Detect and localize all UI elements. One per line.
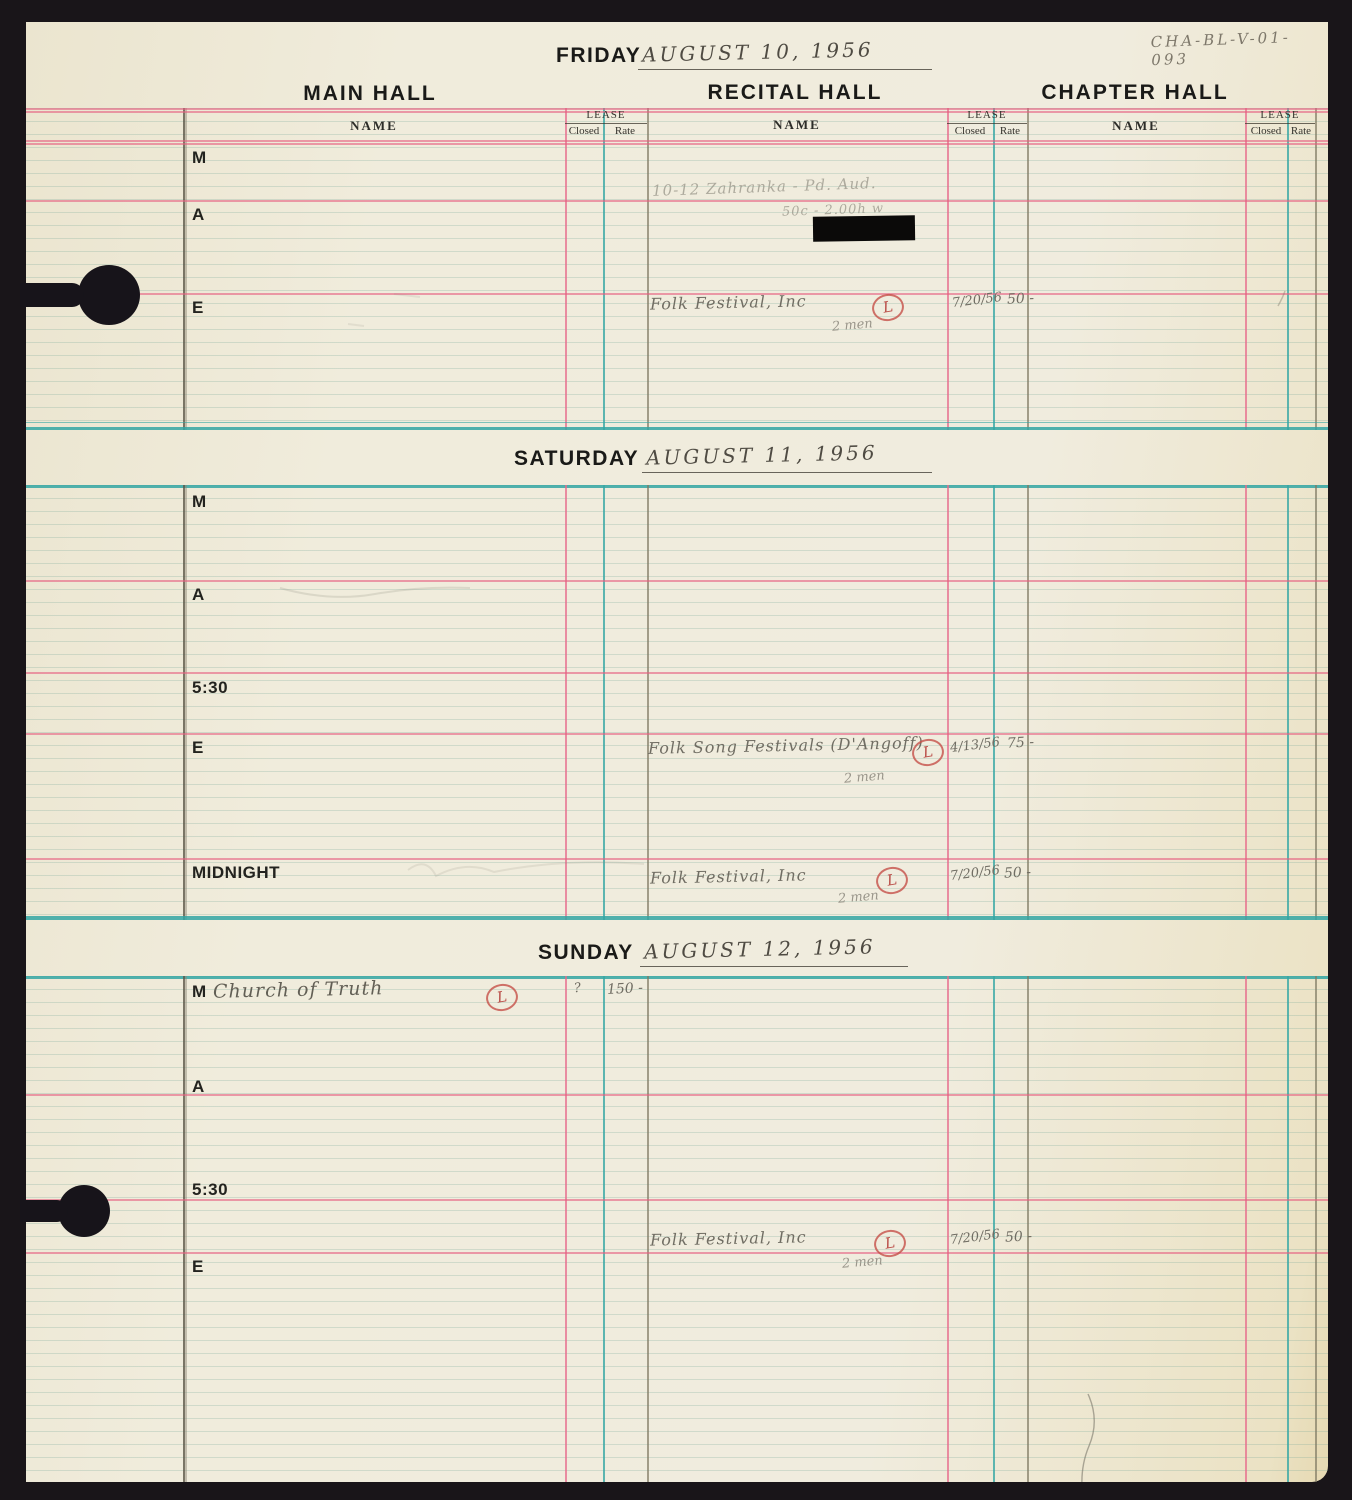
row-label-e: E (192, 298, 204, 318)
archive-code: CHA-BL-V-01-093 (1150, 27, 1328, 69)
row-label-m: M (192, 492, 207, 512)
row-label-m: M (192, 982, 207, 1002)
row-label-a: A (192, 1077, 205, 1097)
rate-label: Rate (603, 124, 647, 137)
lease-header-recital: LEASE Closed Rate (947, 108, 1027, 140)
section-divider (26, 976, 1328, 979)
date-underline (642, 472, 932, 473)
rule-line (26, 200, 1328, 202)
column-line (183, 485, 185, 920)
column-line (947, 108, 949, 430)
section-divider (26, 916, 1328, 920)
column-line (1245, 485, 1247, 920)
rate-label: Rate (1287, 124, 1315, 137)
rule-line (26, 858, 1328, 860)
column-line (603, 485, 605, 920)
column-line (947, 976, 949, 1482)
lease-label: LEASE (1245, 108, 1315, 124)
column-line (603, 976, 605, 1482)
lease-header-chapter: LEASE Closed Rate (1245, 108, 1315, 140)
column-line (647, 485, 649, 920)
rule-line (26, 108, 1328, 110)
column-line (603, 108, 605, 430)
rule-line (26, 580, 1328, 582)
closed-label: Closed (565, 124, 603, 137)
hall-title-chapter: CHAPTER HALL (1035, 81, 1235, 105)
entry-sunday-recital-evening-name: Folk Festival, Inc (650, 1227, 807, 1249)
row-label-e: E (192, 738, 204, 758)
punch-hole-stub (20, 1200, 68, 1222)
scanned-ledger-photo: { "archive_code": "CHA-BL-V-01-093", "ha… (0, 0, 1352, 1500)
rule-line (26, 140, 1328, 142)
date-underline (640, 966, 908, 967)
name-header-chapter: NAME (1027, 118, 1245, 134)
column-line (947, 485, 949, 920)
column-line (183, 108, 185, 430)
entry-sunday-recital-evening-rate: 50 - (1005, 1228, 1033, 1245)
row-label-e: E (192, 1257, 204, 1277)
column-line (647, 108, 649, 430)
ledger-page: CHA-BL-V-01-093 FRIDAY AUGUST 10, 1956 M… (26, 22, 1328, 1482)
friday-grid: NAME NAME NAME LEASE Closed Rate LEASE C… (26, 108, 1328, 430)
closed-label: Closed (1245, 124, 1287, 137)
column-line (1027, 108, 1029, 430)
column-line (565, 485, 567, 920)
column-line (1245, 976, 1247, 1482)
column-line (565, 108, 567, 430)
saturday-grid: M A 5:30 E MIDNIGHT (26, 485, 1328, 920)
redaction-box (813, 215, 915, 241)
rule-line (26, 1094, 1328, 1096)
row-label-midnight: MIDNIGHT (192, 863, 280, 883)
day-date-saturday: AUGUST 11, 1956 (646, 440, 878, 469)
sunday-grid: M A 5:30 E (26, 976, 1328, 1482)
rule-line (26, 422, 1328, 423)
column-line (647, 976, 649, 1482)
row-label-a: A (192, 585, 205, 605)
day-title-friday: FRIDAY (556, 44, 641, 68)
day-title-saturday: SATURDAY (514, 447, 639, 471)
lease-label: LEASE (947, 108, 1027, 124)
column-line (1315, 976, 1317, 1482)
lease-label: LEASE (565, 108, 647, 124)
lease-header-main: LEASE Closed Rate (565, 108, 647, 140)
rule-line (26, 1252, 1328, 1254)
rule-line (26, 733, 1328, 735)
rule-line (26, 672, 1328, 674)
row-label-530: 5:30 (192, 1180, 228, 1200)
row-label-530: 5:30 (192, 678, 228, 698)
column-line (1245, 108, 1247, 430)
date-underline (638, 69, 932, 70)
column-line (1287, 108, 1289, 430)
hall-title-recital: RECITAL HALL (695, 81, 895, 105)
closed-label: Closed (947, 124, 993, 137)
day-title-sunday: SUNDAY (538, 941, 634, 965)
column-line (1027, 485, 1029, 920)
rule-line (26, 111, 1328, 113)
punch-hole (78, 265, 140, 325)
entry-sunday-main-morning-name: Church of Truth (213, 977, 384, 1003)
entry-sunday-main-morning-rate: 150 - (607, 980, 644, 998)
column-line (183, 976, 185, 1482)
row-label-a: A (192, 205, 205, 225)
column-line (993, 108, 995, 430)
rate-label: Rate (993, 124, 1027, 137)
punch-hole-stub (20, 283, 84, 307)
column-line (1315, 485, 1317, 920)
hall-title-main: MAIN HALL (270, 82, 470, 106)
name-header-recital: NAME (647, 117, 947, 133)
column-line (1315, 108, 1317, 430)
entry-saturday-recital-midnight-rate: 50 - (1004, 864, 1032, 881)
column-line (565, 976, 567, 1482)
column-line (1287, 976, 1289, 1482)
section-divider (26, 485, 1328, 488)
row-label-m: M (192, 148, 207, 168)
day-date-sunday: AUGUST 12, 1956 (644, 934, 876, 963)
name-header-main: NAME (183, 118, 565, 134)
entry-friday-recital-evening-name: Folk Festival, Inc (650, 291, 807, 313)
entry-saturday-recital-evening-rate: 75 - (1007, 734, 1035, 751)
section-divider (26, 427, 1328, 430)
entry-friday-recital-evening-rate: 50 - (1007, 290, 1035, 307)
entry-saturday-recital-midnight-name: Folk Festival, Inc (650, 865, 807, 887)
rule-line (26, 143, 1328, 145)
day-date-friday: AUGUST 10, 1956 (642, 37, 874, 66)
column-line (1287, 485, 1289, 920)
column-line (993, 485, 995, 920)
